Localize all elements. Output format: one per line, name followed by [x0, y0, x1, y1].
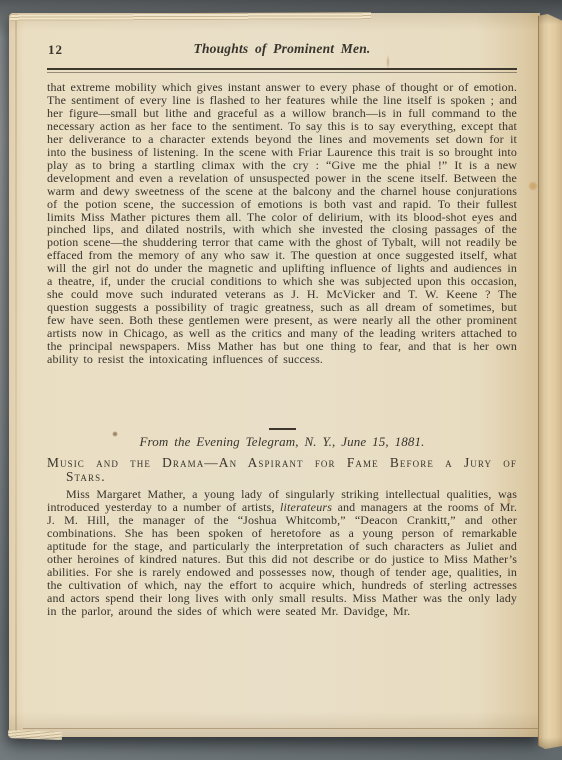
article-paragraph-text: and managers at the rooms of Mr. J. M. H…	[47, 500, 517, 618]
book-gutter-fold	[538, 14, 562, 749]
article-continuation-paragraph: that extreme mobility which gives instan…	[47, 81, 517, 421]
article-paragraph-italic: literateurs	[280, 500, 332, 514]
source-citation-line: From the Evening Telegram, N. Y., June 1…	[47, 436, 517, 449]
header-rule	[47, 68, 517, 73]
section-divider-rule	[269, 428, 296, 430]
article-paragraph: Miss Margaret Mather, a young lady of si…	[47, 488, 517, 618]
page-number: 12	[48, 44, 63, 57]
running-title: Thoughts of Prominent Men.	[47, 43, 517, 56]
book-page: 12 Thoughts of Prominent Men. that extre…	[9, 13, 540, 737]
book-scan-background: 12 Thoughts of Prominent Men. that extre…	[0, 0, 562, 760]
page-header: 12 Thoughts of Prominent Men.	[47, 43, 517, 60]
section-headline: Music and the Drama—An Aspirant for Fame…	[47, 456, 517, 484]
page-content: 12 Thoughts of Prominent Men. that extre…	[9, 13, 540, 737]
